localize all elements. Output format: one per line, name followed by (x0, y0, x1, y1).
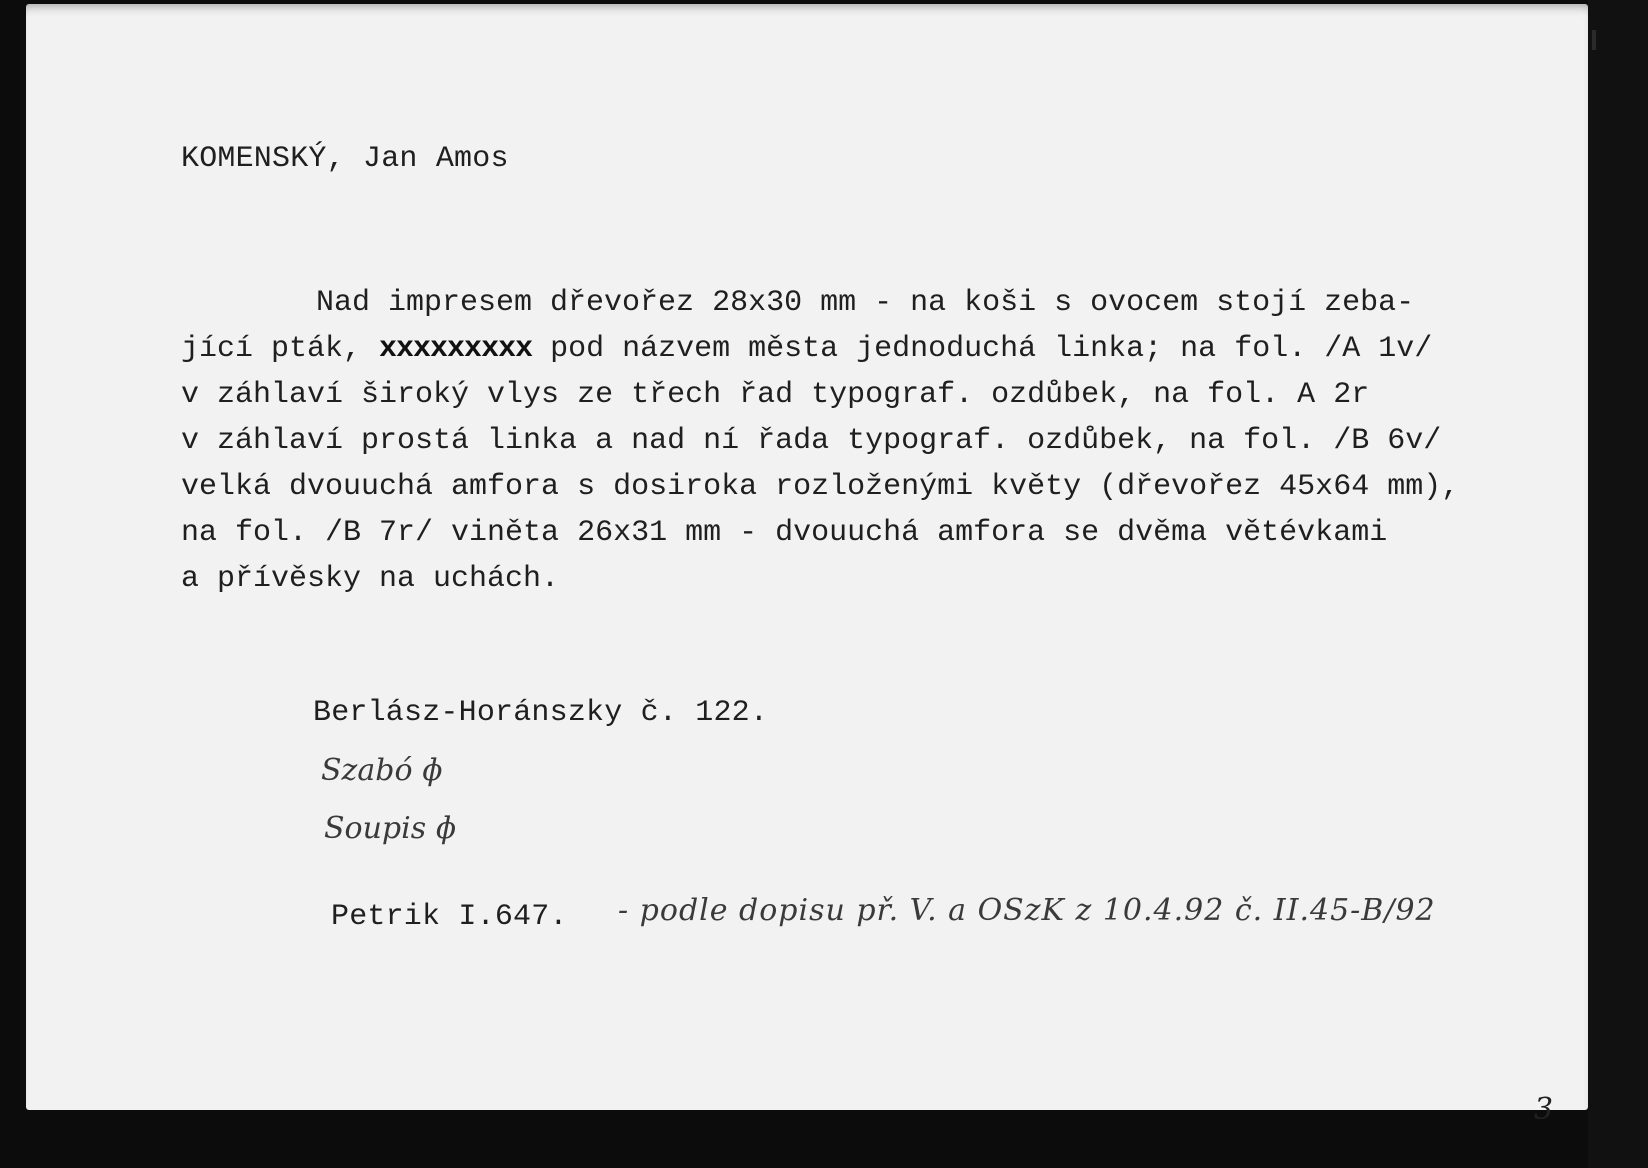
line-text: pod názvem města jednoduchá linka; na fo… (532, 332, 1432, 366)
handwritten-note: Soupis ɸ (324, 814, 456, 844)
description-paragraph: Nad impresem dřevořez 28x30 mm - na koši… (181, 280, 1459, 602)
description-line: velká dvouuchá amfora s dosiroka rozlože… (181, 464, 1459, 510)
description-line: na fol. /B 7r/ viněta 26x31 mm - dvouuch… (181, 510, 1459, 556)
description-line: v záhlaví široký vlys ze třech řad typog… (181, 372, 1459, 418)
struck-out-text: xxxxxxxxx (379, 332, 532, 366)
description-line: Nad impresem dřevořez 28x30 mm - na koši… (181, 280, 1459, 326)
bibliographic-reference: Berlász-Horánszky č. 122. (313, 698, 768, 728)
card-heading: KOMENSKÝ, Jan Amos (181, 144, 509, 174)
handwritten-note: Szabó ɸ (321, 756, 443, 786)
line-text: jící pták, (181, 332, 379, 366)
scan-mark (1592, 30, 1596, 50)
catalog-card: KOMENSKÝ, Jan Amos Nad impresem dřevořez… (26, 4, 1588, 1110)
scan-border (1588, 0, 1648, 1168)
description-line: jící pták, xxxxxxxxx pod názvem města je… (181, 326, 1459, 372)
page-number: 3 (1534, 1092, 1553, 1127)
handwritten-annotation: - podle dopisu př. V. a OSzK z 10.4.92 č… (618, 896, 1436, 926)
description-line: a přívěsky na uchách. (181, 556, 1459, 602)
description-line: v záhlaví prostá linka a nad ní řada typ… (181, 418, 1459, 464)
bibliographic-reference: Petrik I.647. (331, 902, 568, 932)
